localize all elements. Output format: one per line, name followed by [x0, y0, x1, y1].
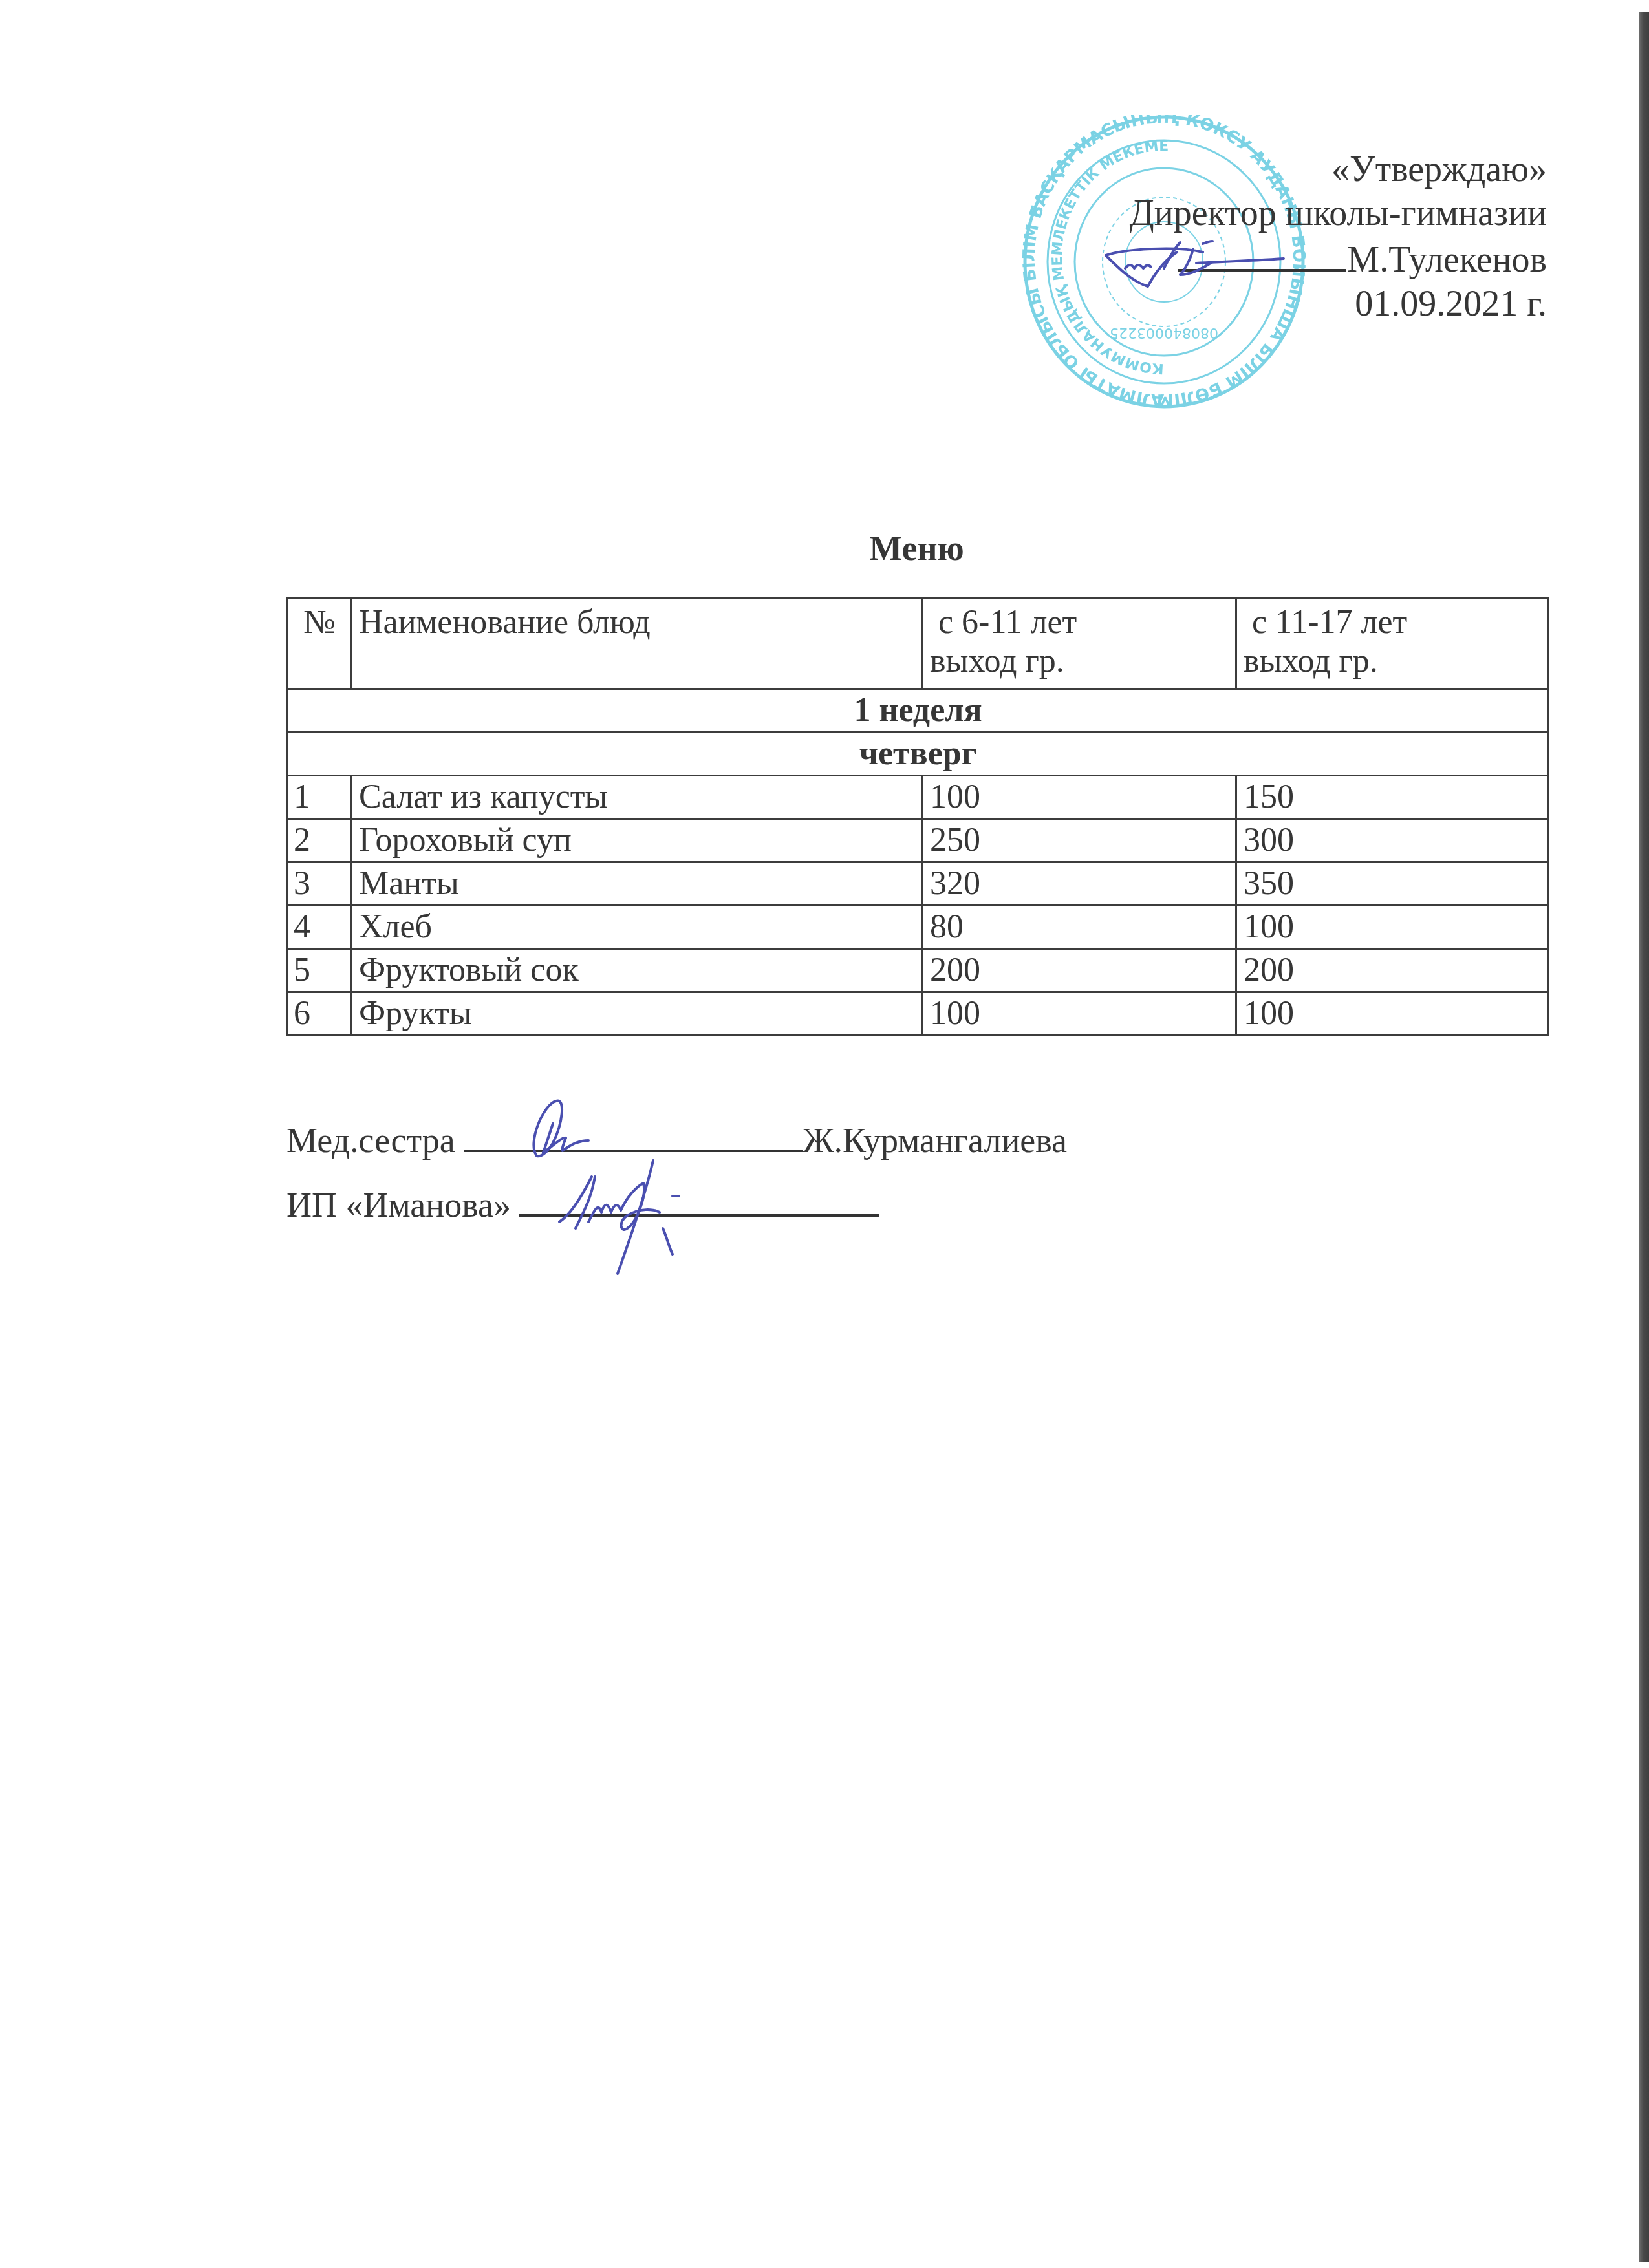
nurse-signoff: Мед.сестра Ж.Курмангалиева: [286, 1117, 1067, 1161]
portion-age-11-17: 100: [1236, 906, 1549, 949]
dish-name: Фруктовый сок: [352, 949, 923, 992]
director-signature: [1099, 230, 1293, 294]
portion-age-6-11: 80: [923, 906, 1236, 949]
table-row: 3 Манты 320 350: [288, 862, 1549, 906]
day-row: четверг: [288, 733, 1549, 776]
portion-age-11-17: 200: [1236, 949, 1549, 992]
ip-label: ИП «Иманова»: [286, 1186, 511, 1225]
stamp-number: 080840003225: [1110, 325, 1218, 341]
row-number: 2: [288, 819, 352, 862]
menu-table: № Наименование блюд с 6-11 летвыход гр. …: [286, 597, 1549, 1036]
approval-heading: «Утверждаю»: [1130, 147, 1547, 191]
row-number: 3: [288, 862, 352, 906]
table-row: 6 Фрукты 100 100: [288, 992, 1549, 1036]
dish-name: Фрукты: [352, 992, 923, 1036]
header-dish-name: Наименование блюд: [352, 599, 923, 689]
portion-age-6-11: 250: [923, 819, 1236, 862]
nurse-name: Ж.Курмангалиева: [803, 1121, 1067, 1160]
portion-age-11-17: 100: [1236, 992, 1549, 1036]
portion-age-11-17: 150: [1236, 776, 1549, 819]
table-row: 4 Хлеб 80 100: [288, 906, 1549, 949]
page-title: Меню: [0, 528, 1649, 569]
portion-age-6-11: 100: [923, 776, 1236, 819]
table-row: 2 Гороховый суп 250 300: [288, 819, 1549, 862]
header-age-6-11: с 6-11 летвыход гр.: [923, 599, 1236, 689]
table-row: 5 Фруктовый сок 200 200: [288, 949, 1549, 992]
scan-edge: [1639, 12, 1649, 2262]
dish-name: Хлеб: [352, 906, 923, 949]
nurse-label: Мед.сестра: [286, 1121, 455, 1160]
row-number: 1: [288, 776, 352, 819]
portion-age-11-17: 300: [1236, 819, 1549, 862]
table-row: 1 Салат из капусты 100 150: [288, 776, 1549, 819]
row-number: 6: [288, 992, 352, 1036]
week-row: 1 неделя: [288, 689, 1549, 733]
approval-position: Директор школы-гимназии: [1130, 191, 1547, 235]
director-name: М.Тулекенов: [1347, 240, 1547, 280]
day-label: четверг: [288, 733, 1549, 776]
row-number: 5: [288, 949, 352, 992]
week-label: 1 неделя: [288, 689, 1549, 733]
dish-name: Гороховый суп: [352, 819, 923, 862]
table-header-row: № Наименование блюд с 6-11 летвыход гр. …: [288, 599, 1549, 689]
ip-signature: [556, 1157, 750, 1280]
portion-age-6-11: 320: [923, 862, 1236, 906]
portion-age-6-11: 100: [923, 992, 1236, 1036]
header-age-11-17: с 11-17 летвыход гр.: [1236, 599, 1549, 689]
dish-name: Салат из капусты: [352, 776, 923, 819]
row-number: 4: [288, 906, 352, 949]
header-number: №: [288, 599, 352, 689]
portion-age-6-11: 200: [923, 949, 1236, 992]
portion-age-11-17: 350: [1236, 862, 1549, 906]
dish-name: Манты: [352, 862, 923, 906]
